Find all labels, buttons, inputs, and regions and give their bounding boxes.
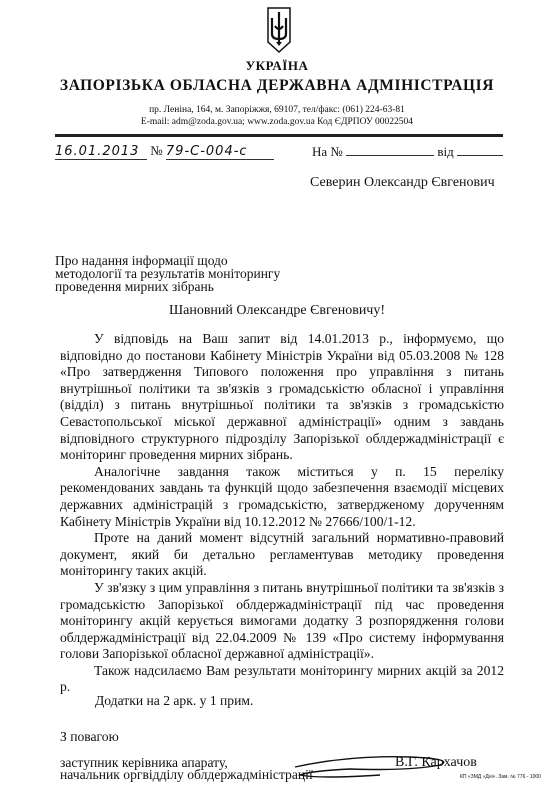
number-label: №: [150, 143, 162, 158]
signatory-position: заступник керівника апарату, начальник о…: [60, 757, 313, 781]
trident-emblem-icon: [266, 6, 292, 54]
recipient: Северин Олександр Євгенович: [310, 175, 495, 191]
incoming-reference: На № від: [312, 143, 503, 160]
address-line: пр. Леніна, 164, м. Запоріжжя, 69107, те…: [0, 104, 554, 116]
reply-number: [346, 143, 434, 156]
position-line: начальник оргвідділу облдержадміністраці…: [60, 769, 313, 781]
body-paragraph: Аналогічне завдання також міститься у п.…: [60, 464, 504, 530]
signatory-name: В.Г. Кархачов: [395, 755, 477, 771]
from-date: [457, 143, 503, 156]
print-mark: КП «ЗМД «Дні». Зам. № 776 - 1000: [460, 774, 541, 780]
body-paragraph: Також надсилаємо Вам результати монітори…: [60, 663, 504, 696]
registration-date: 16.01.2013: [55, 144, 147, 160]
subject: Про надання інформації щодо методології …: [55, 254, 280, 293]
body-paragraph: У зв'язку з цим управління з питань внут…: [60, 580, 504, 663]
outgoing-registration: 16.01.2013 № 79-С-004-с: [55, 143, 274, 160]
organization-name: ЗАПОРІЗЬКА ОБЛАСНА ДЕРЖАВНА АДМІНІСТРАЦІ…: [0, 77, 554, 95]
body-paragraph: У відповідь на Ваш запит від 14.01.2013 …: [60, 331, 504, 464]
header-divider: [55, 134, 503, 137]
from-label: від: [437, 144, 453, 159]
email-line: E-mail: adm@zoda.gov.ua; www.zoda.gov.ua…: [0, 116, 554, 128]
subject-line: проведення мирних зібрань: [55, 280, 280, 293]
letter-body: У відповідь на Ваш запит від 14.01.2013 …: [60, 331, 504, 696]
letterhead-contacts: пр. Леніна, 164, м. Запоріжжя, 69107, те…: [0, 104, 554, 128]
country-name: УКРАЇНА: [0, 58, 554, 74]
body-paragraph: Проте на даний момент відсутній загальни…: [60, 530, 504, 580]
closing: З повагою: [60, 729, 119, 745]
registration-number: 79-С-004-с: [166, 144, 274, 160]
salutation: Шановний Олександре Євгеновичу!: [0, 303, 554, 319]
reply-label: На №: [312, 144, 343, 159]
attachments-note: Додатки на 2 арк. у 1 прим.: [95, 693, 253, 709]
